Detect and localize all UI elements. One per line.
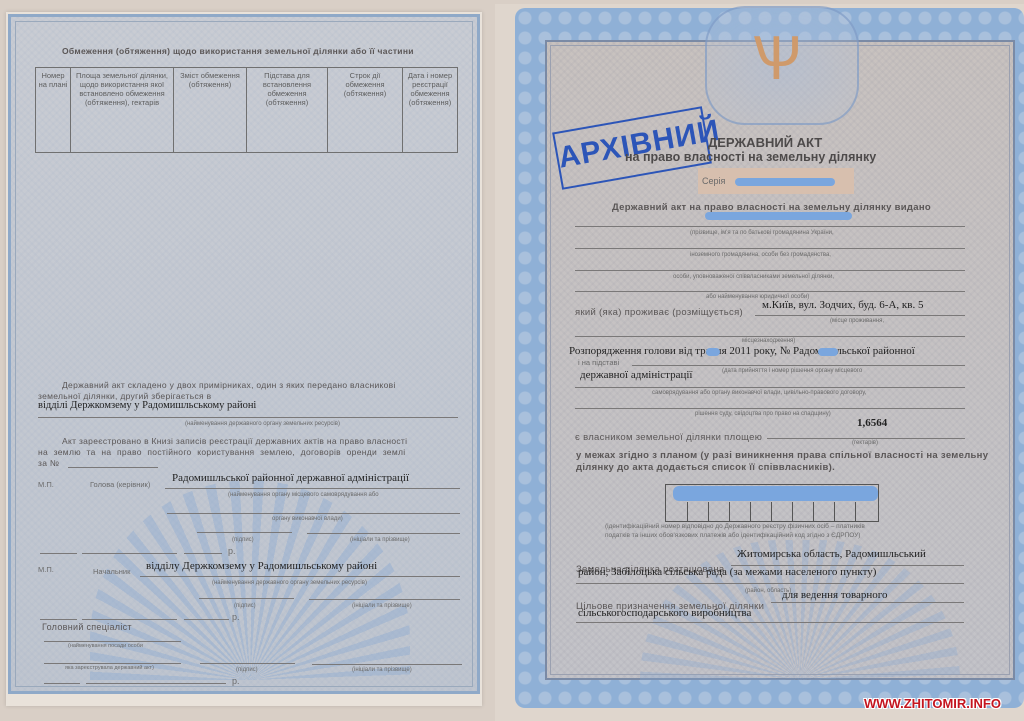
document-subtitle: на право власності на земельну ділянку <box>625 150 876 164</box>
signature-line-2 <box>199 598 294 599</box>
date-year-line-1 <box>184 553 222 554</box>
basis-label: і на підставі <box>578 358 619 367</box>
restrictions-table: Номер на плані Площа земельної ділянки, … <box>35 67 458 153</box>
date-year-line-2 <box>184 619 229 620</box>
initials-caption-1: (ініціали та прізвище) <box>350 537 410 543</box>
id-caption-2: податків та інших обов'язкових платежів … <box>605 532 860 539</box>
year-suffix-1: р. <box>228 546 236 556</box>
registration-number-line <box>68 467 158 468</box>
date-day-line-3 <box>44 683 80 684</box>
signature-caption-2: (підпис) <box>234 603 256 609</box>
date-month-line-2 <box>82 619 177 620</box>
basis-line-3 <box>575 408 965 409</box>
serial-label: Серія <box>702 176 725 186</box>
restrictions-title: Обмеження (обтяження) щодо використання … <box>62 46 414 56</box>
location-value-2: район, Забілоцька сільська рада (за межа… <box>578 566 876 578</box>
residence-label: який (яка) проживає (розміщується) <box>575 307 743 318</box>
initials-line-2 <box>309 599 460 600</box>
basis-caption-1: (дата прийняття і номер рішення органу м… <box>722 368 862 374</box>
date-day-line-1 <box>40 553 77 554</box>
head-line <box>165 488 460 489</box>
initials-caption-3: (ініціали та прізвище) <box>352 667 412 673</box>
basis-line-2 <box>575 387 965 388</box>
signature-line-1 <box>197 532 292 533</box>
head-line-2 <box>167 513 460 514</box>
residence-line <box>755 315 965 316</box>
head-caption-1: (найменування органу місцевого самовряду… <box>228 492 379 498</box>
redacted-serial <box>735 178 835 186</box>
purpose-value-2: сільськогосподарського виробництва <box>578 607 751 619</box>
document-title: ДЕРЖАВНИЙ АКТ <box>708 135 822 150</box>
name-line-4 <box>575 291 965 292</box>
copies-line <box>38 417 458 418</box>
signature-caption-1: (підпис) <box>232 537 254 543</box>
location-caption: місцезнаходження) <box>742 338 795 344</box>
basis-line-1 <box>632 365 965 366</box>
caption-name-2: іноземного громадянина, особи без громад… <box>690 252 831 258</box>
seal-place-2: М.П. <box>38 565 54 574</box>
year-suffix-3: р. <box>232 676 240 686</box>
head-value: Радомишльської районної державної адміні… <box>172 472 409 484</box>
redacted-owner-name <box>705 212 852 220</box>
col-registration: Дата і номер реєстрації обмеження (обтяж… <box>403 68 458 153</box>
chief-line <box>140 576 460 577</box>
location-value-1: Житомирська область, Радомишльський <box>737 548 926 560</box>
plan-text-1: у межах згідно з планом (у разі виникнен… <box>576 450 988 461</box>
position-line-2 <box>44 663 181 664</box>
year-suffix-2: р. <box>232 612 240 622</box>
registered-text-2: на землю та на право постійного користув… <box>38 447 405 457</box>
location-line-2 <box>576 583 964 584</box>
date-month-line-3 <box>86 683 226 684</box>
basis-caption-3: рішення суду, свідоцтва про право на спа… <box>695 411 831 417</box>
area-caption: (гектарів) <box>852 440 878 446</box>
id-caption-1: (ідентифікаційний номер відповідно до Де… <box>605 523 865 530</box>
initials-caption-2: (ініціали та прізвище) <box>352 603 412 609</box>
redacted-id-number <box>673 486 878 501</box>
residence-caption: (місце проживання, <box>830 318 884 324</box>
plan-text-2: ділянку до акта додається список її спів… <box>576 462 835 473</box>
caption-name-1: (прізвище, ім'я та по батькові громадяни… <box>690 230 834 236</box>
signature-line-3 <box>200 663 295 664</box>
position-line <box>44 641 181 642</box>
specialist-label: Головний спеціаліст <box>42 622 132 632</box>
col-content: Зміст обмеження (обтяження) <box>174 68 247 153</box>
copies-value: відділі Держкомзему у Радомишльському ра… <box>38 400 256 411</box>
col-plan-number: Номер на плані <box>36 68 71 153</box>
name-line-3 <box>575 270 965 271</box>
name-line-2 <box>575 248 965 249</box>
name-line-1 <box>575 226 965 227</box>
col-term: Строк дії обмеження (обтяження) <box>328 68 403 153</box>
site-watermark: WWW.ZHITOMIR.INFO <box>864 696 1001 711</box>
owner-label: є власником земельної ділянки площею <box>575 432 762 443</box>
signature-caption-3: (підпис) <box>236 667 258 673</box>
head-label: Голова (керівник) <box>90 480 150 489</box>
chief-label: Начальник <box>93 567 130 576</box>
redacted-order-number <box>818 348 838 356</box>
purpose-value-1: для ведення товарного <box>782 589 888 601</box>
purpose-line-2 <box>576 622 964 623</box>
registered-text-3: за № <box>38 458 59 468</box>
chief-caption: (найменування державного органу земельни… <box>212 580 367 586</box>
area-line <box>767 438 965 439</box>
initials-line-3 <box>312 664 462 665</box>
registered-text-1: Акт зареєстровано в Книзі записів реєстр… <box>62 436 407 446</box>
head-caption-2: органу виконавчої влади) <box>272 516 343 522</box>
copies-text-1: Державний акт складено у двох примірника… <box>62 380 396 390</box>
basis-value-2: державної адміністрації <box>580 369 693 381</box>
trident-emblem-icon: Ѱ <box>752 28 801 90</box>
position-caption-2: яка зареєструвала державний акт) <box>65 665 154 671</box>
copies-caption: (найменування державного органу земельни… <box>185 421 340 427</box>
date-month-line-1 <box>82 553 177 554</box>
area-value: 1,6564 <box>857 417 887 429</box>
redacted-day <box>706 348 720 356</box>
initials-line-1 <box>307 533 460 534</box>
residence-line-2 <box>575 336 965 337</box>
seal-place-1: М.П. <box>38 480 54 489</box>
date-day-line-2 <box>40 619 77 620</box>
purpose-line-1 <box>771 602 964 603</box>
chief-value: відділу Держкомзему у Радомишльському ра… <box>146 560 377 572</box>
basis-caption-2: самоврядування або органу виконавчої вла… <box>652 390 866 396</box>
col-area: Площа земельної ділянки, щодо використан… <box>71 68 174 153</box>
col-basis: Підстава для встановлення обмеження (обт… <box>247 68 328 153</box>
caption-name-3: особи, уповноваженої співвласниками земе… <box>673 274 834 280</box>
position-caption: (найменування посади особи <box>68 643 143 649</box>
residence-value: м.Київ, вул. Зодчих, буд. 6-А, кв. 5 <box>762 299 923 311</box>
basis-value-1: Розпорядження голови від травня 2011 рок… <box>569 345 915 357</box>
